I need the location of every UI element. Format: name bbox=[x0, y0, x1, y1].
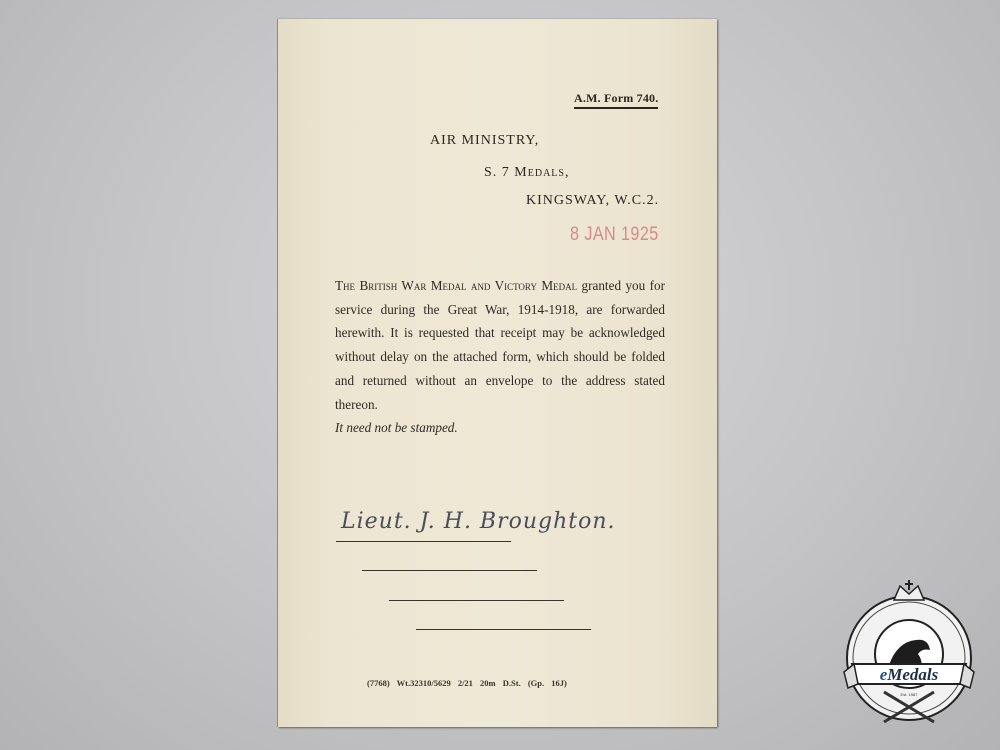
document-sheet: A.M. Form 740. AIR MINISTRY, S. 7 Medals… bbox=[278, 19, 717, 727]
date-stamp: 8 JAN 1925 bbox=[570, 224, 659, 246]
form-number: A.M. Form 740. bbox=[574, 91, 658, 109]
body-lead: The British War Medal and Victory Medal bbox=[335, 278, 577, 293]
recipient-underline bbox=[336, 541, 511, 542]
svg-text:Est. 1987: Est. 1987 bbox=[901, 692, 919, 697]
address-line-3: KINGSWAY, W.C.2. bbox=[526, 193, 659, 209]
print-code: (7768) Wt.32310/5629 2/21 20m D.St. (Gp.… bbox=[367, 678, 567, 688]
emedals-crest-logo-icon: eMedals Est. 1987 bbox=[838, 580, 980, 730]
body-paragraph: granted you for service during the Great… bbox=[335, 278, 665, 412]
body-note: It need not be stamped. bbox=[335, 416, 665, 440]
address-line-blank-2 bbox=[389, 600, 564, 601]
address-line-1: AIR MINISTRY, bbox=[430, 133, 539, 149]
handwritten-recipient: Lieut. J. H. Broughton. bbox=[341, 509, 616, 534]
address-line-blank-1 bbox=[362, 570, 537, 571]
address-line-blank-3 bbox=[416, 629, 591, 630]
logo-brand: Medals bbox=[886, 665, 938, 684]
letter-body: The British War Medal and Victory Medal … bbox=[335, 274, 665, 440]
svg-text:eMedals: eMedals bbox=[880, 665, 939, 684]
address-line-2: S. 7 Medals, bbox=[484, 165, 569, 181]
